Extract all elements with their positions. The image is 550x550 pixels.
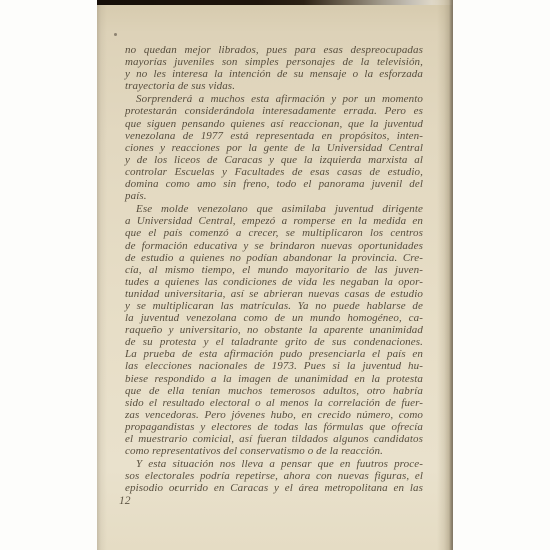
text-line: trayectoria de sus vidas. [125,80,423,92]
text-line: mayorías juveniles son simples personaje… [125,56,423,68]
text-line: episodio ocurrido en Caracas y el área m… [125,482,423,494]
text-line: como representativos del conservatismo o… [125,445,423,457]
text-line: Sorprenderá a muchos esta afirmación y p… [125,93,423,105]
text-line: protestarán considerándola interesadamen… [125,105,423,117]
paragraph: Ese molde venezolano que asimilaba juven… [125,203,423,457]
text-line: las elecciones nacionales de 1973. Pues … [125,360,423,372]
paragraph: no quedan mejor librados, pues para esas… [125,44,423,92]
text-line: de formación educativa y se brindaron nu… [125,240,423,252]
text-line: que el país comenzó a crecer, se multipl… [125,227,423,239]
text-line: zas vencedoras. Pero jóvenes hubo, en cr… [125,409,423,421]
ink-speck [114,33,117,36]
text-line: país. [125,190,423,202]
text-line: de su protesta y el taladrante grito de … [125,336,423,348]
text-line: y de los liceos de Caracas y que la izqu… [125,154,423,166]
text-line: que siguen pensando quienes así reaccion… [125,118,423,130]
text-line: raqueño y universitario, no obstante la … [125,324,423,336]
text-line: a Universidad Central, empezó a romperse… [125,215,423,227]
page-top-shadow [97,0,453,5]
book-page: no quedan mejor librados, pues para esas… [97,0,453,550]
text-line: y no les interesa la intención de su men… [125,68,423,80]
text-line: controlar Escuelas y Facultades de esas … [125,166,423,178]
text-line: venezolana de 1977 está representada en … [125,130,423,142]
text-line: Ese molde venezolano que asimilaba juven… [125,203,423,215]
text-line: tunidad universitaria, así se abrieran n… [125,288,423,300]
text-line: biese respondido a la imagen de unanimid… [125,373,423,385]
text-line: y se multiplicaran las matrículas. Ya no… [125,300,423,312]
text-line: sos electorales podría repetirse, ahora … [125,470,423,482]
text-line: ciones y reacciones por la gente de la U… [125,142,423,154]
scanned-book-page-view: no quedan mejor librados, pues para esas… [0,0,550,550]
body-text: no quedan mejor librados, pues para esas… [125,44,423,494]
text-line: cía, al mismo tiempo, el mundo mayoritar… [125,264,423,276]
paragraph: Y esta situación nos lleva a pensar que … [125,458,423,494]
text-line: Y esta situación nos lleva a pensar que … [125,458,423,470]
text-line: de estudio a quienes no podían abandonar… [125,252,423,264]
text-line: tudes a quienes las condiciones de vida … [125,276,423,288]
text-line: La prueba de esta afirmación pudo presen… [125,348,423,360]
text-line: que de ella tenían muchos temerosos adul… [125,385,423,397]
text-line: propagandistas y electores de todas las … [125,421,423,433]
text-line: no quedan mejor librados, pues para esas… [125,44,423,56]
text-line: domina como amo sin freno, todo el panor… [125,178,423,190]
text-line: sido el resultado electoral o al menos l… [125,397,423,409]
text-line: la juventud venezolana como de un mundo … [125,312,423,324]
page-number: 12 [119,495,131,507]
text-line: el muestrario comicial, así fueran tilda… [125,433,423,445]
paragraph: Sorprenderá a muchos esta afirmación y p… [125,93,423,202]
